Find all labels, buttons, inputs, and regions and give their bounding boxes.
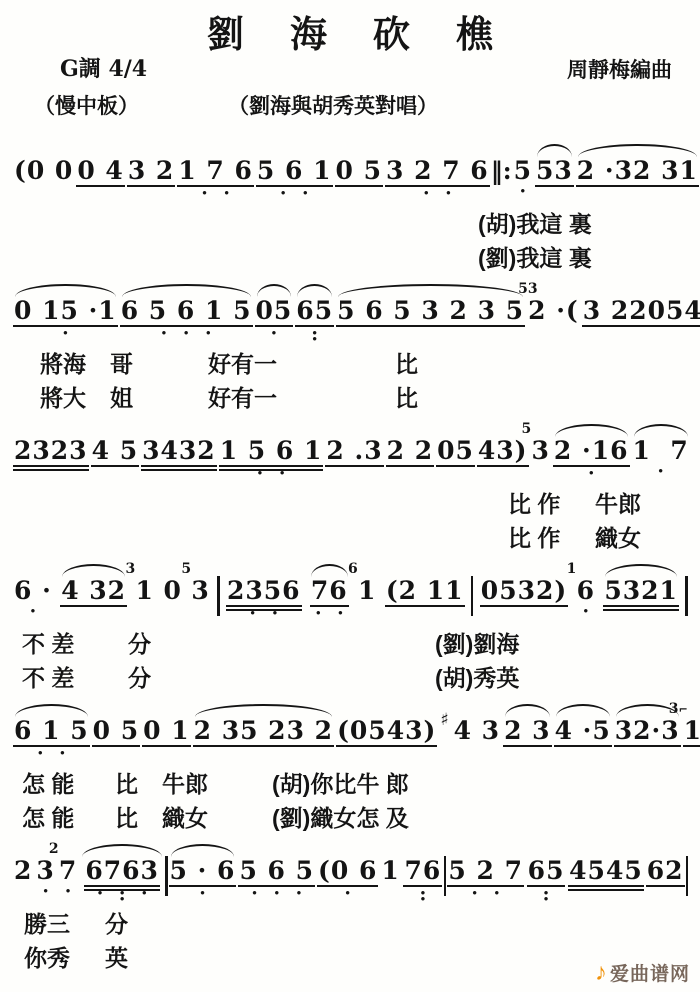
barline (217, 576, 220, 616)
lyric-text: 怎 能 (22, 800, 74, 833)
note-text: 4 ·5 (554, 716, 612, 747)
octave-dots: • • (295, 330, 334, 342)
note-text: 65 (527, 856, 566, 887)
notes-row: 23234 534321 5 6 1• •2 .32 20543)532 ·16… (10, 420, 690, 484)
note-text: 6 5 6 1 5 (120, 296, 253, 327)
lyric-row: 比 作牛郎 (10, 484, 690, 518)
note-text: 5 6 1 (256, 156, 333, 187)
note-group: 3• (35, 856, 55, 894)
note-text: 2 (13, 856, 33, 885)
octave-dots: • (169, 890, 237, 896)
note-group: 0 5 (335, 156, 384, 187)
note-text: 0 1 (142, 716, 191, 747)
note-text: 0532) (480, 576, 568, 607)
note-text: 2323 (13, 436, 89, 467)
note-group: (0 6• (317, 856, 378, 896)
lyric-text: 將大 (40, 380, 86, 413)
note-group: 0532) (480, 576, 568, 607)
lyric-text: 勝三 (24, 906, 70, 939)
watermark: ♪ 爱曲谱网 (585, 959, 690, 986)
note-group: 53 (531, 436, 551, 465)
barline (686, 856, 688, 896)
lyric-text: 哥 (110, 346, 133, 379)
note-group: 61 (357, 576, 377, 605)
music-block: 23•27•6763• • • •5 · 6•5 6 5• • •(0 6•17… (10, 840, 690, 972)
note-text: 5 (513, 156, 533, 185)
note-text: 5321 (603, 576, 679, 607)
note-group: 53 (535, 156, 574, 187)
octave-dots: • (13, 608, 53, 614)
note-text: 3 (531, 436, 551, 465)
notes-row: 23•27•6763• • • •5 · 6•5 6 5• • •(0 6•17… (10, 840, 690, 904)
note-group: 5 6 5• • • (238, 856, 315, 896)
lyric-text: 比 (395, 380, 418, 413)
note-text: (2 11 (385, 576, 465, 607)
notes-row: 0 15 ·1•6 5 6 1 5• • •05•65• •5 6 5 3 2 … (10, 280, 690, 344)
note-text: 3 2 (127, 156, 176, 187)
note-text: 62 (646, 856, 685, 887)
note-group: 2 35 23 2 (193, 716, 334, 747)
note-group: 65• • (295, 296, 334, 342)
note-text: 4 5 (91, 436, 140, 467)
note-group: 4 ·5 (554, 716, 612, 747)
octave-dots: • • • (120, 330, 253, 336)
key-signature: G調 4/4 (60, 52, 147, 83)
note-text: 1 5 6 1 (219, 436, 324, 467)
notes-row: 6 1 5• •0 50 12 35 23 2(0543)♯4 32 34 ·5… (10, 700, 690, 764)
lyric-text: 比 (115, 800, 138, 833)
note-group: 5 · 6• (169, 856, 237, 896)
note-text: 1 0 (134, 576, 183, 605)
note-text: 4 32 (60, 576, 127, 607)
octave-dots: • • (177, 190, 254, 196)
note-text: 7 (58, 856, 78, 885)
note-group: (2 11 (385, 576, 465, 607)
note-text: 0 5 (92, 716, 141, 747)
note-group: 1 ·53 (683, 716, 700, 747)
note-text: 2 3 (503, 716, 552, 747)
note-text: 6 1 5 (13, 716, 90, 747)
note-text: 5 2 7 (447, 856, 524, 887)
note-text: 0 4 (76, 156, 125, 187)
lyric-text: 姐 (110, 380, 133, 413)
note-text: 43) (477, 436, 529, 467)
note-group: 4545 (568, 856, 644, 887)
note-group: (0 0 (13, 156, 74, 185)
note-group: 5 2 7• • (447, 856, 524, 896)
note-group: 6 1 5• • (13, 716, 90, 756)
note-text: 65 (295, 296, 334, 327)
lyric-text: 不 差 (22, 660, 74, 693)
barline (165, 856, 167, 896)
note-group: 0 5 (92, 716, 141, 747)
lyric-text: 比 作 (508, 486, 560, 519)
lyric-text: 比 作 (508, 520, 560, 553)
note-group: 4 5 (91, 436, 140, 467)
octave-dots: • • • • (80, 890, 164, 902)
note-text: 0 15 ·1 (13, 296, 118, 327)
note-text: 53 (535, 156, 574, 187)
lyric-text: 牛郎 (162, 766, 208, 799)
lyric-row: 將海哥好有一比 (10, 344, 690, 378)
tempo-row: （慢中板） （劉海與胡秀英對唱） (0, 86, 700, 124)
tuplet-number: 3 (669, 701, 688, 717)
note-group: 1 (380, 856, 400, 885)
lyric-text: 分 (128, 660, 151, 693)
note-group: 2 2 (386, 436, 435, 467)
grace-note: 3 (125, 561, 135, 577)
note-group: 1 5 6 1• • (219, 436, 324, 476)
note-text: 1 7 6 (177, 156, 254, 187)
note-text: 3432 (141, 436, 217, 467)
lyric-row: 勝三分 (10, 904, 690, 938)
note-text: (0 0 (13, 156, 74, 185)
note-group: 5• (513, 156, 533, 194)
note-text: 1 (357, 576, 377, 605)
note-group: 5 6 5 3 2 3 5 (336, 296, 525, 327)
note-group: 16• (576, 576, 596, 614)
music-block: (0 00 43 21 7 6• •5 6 1• •0 53 2 7 6• •‖… (10, 140, 690, 272)
note-text: 0 5 (335, 156, 384, 187)
lyric-row: 將大姐好有一比 (10, 378, 690, 412)
note-text: 1 7 (632, 436, 690, 465)
note-group: 2 .3 (325, 436, 383, 467)
octave-dots: • • (256, 190, 333, 196)
lyric-text: 你秀 (24, 940, 70, 973)
octave-dots: • (35, 888, 55, 894)
note-text: 3 (35, 856, 55, 885)
note-group: 05• (255, 296, 294, 336)
note-text: 6763 (84, 856, 160, 887)
note-group: 32·33 (614, 716, 681, 747)
note-text: ♯ (439, 706, 450, 735)
note-text: 2356 (226, 576, 302, 607)
grace-note: 1 (567, 561, 577, 577)
note-group: 0 4 (76, 156, 125, 187)
note-text: 2 ·32 31 (576, 156, 699, 187)
lyric-text: 分 (128, 626, 151, 659)
note-text: 5 6 5 3 2 3 5 (336, 296, 525, 327)
note-text: (0543) (336, 716, 437, 747)
lyric-text: 好有一 (208, 346, 277, 379)
music-block: 6 ·•4 3231 0532356• •76• •61(2 110532)16… (10, 560, 690, 692)
note-text: 05 (255, 296, 294, 327)
note-group: 27• (58, 856, 78, 894)
lyric-text: 好有一 (208, 380, 277, 413)
note-text: 76 (403, 856, 442, 887)
octave-dots: • (255, 330, 294, 336)
note-group: 4 3 (453, 716, 502, 745)
note-group: 43) (477, 436, 529, 467)
lyric-text: (劉)我這 裏 (478, 240, 592, 273)
note-group: 3 220543 (582, 296, 700, 327)
note-text: 2 ·16 (553, 436, 630, 467)
lyric-text: 怎 能 (22, 766, 74, 799)
note-group: 6 ·• (13, 576, 53, 614)
lyric-row: 不 差分(劉)劉海 (10, 624, 690, 658)
notes-row: 6 ·•4 3231 0532356• •76• •61(2 110532)16… (10, 560, 690, 624)
note-text: 5 6 5 (238, 856, 315, 887)
header-row: G調 4/4 周靜梅編曲 (0, 52, 700, 86)
note-text: 1 (380, 856, 400, 885)
lyric-text: 比 (115, 766, 138, 799)
barline (685, 576, 688, 616)
score: (0 00 43 21 7 6• •5 6 1• •0 53 2 7 6• •‖… (0, 140, 700, 972)
note-group: 2323 (13, 436, 89, 467)
composer-credit: 周靜梅編曲 (567, 54, 672, 84)
lyric-row: 怎 能比織女(劉)織女怎 及 (10, 798, 690, 832)
octave-dots: • • (526, 890, 566, 902)
grace-note: 5 (522, 421, 532, 437)
note-group: 5 6 1• • (256, 156, 333, 196)
note-text: 2 35 23 2 (193, 716, 334, 747)
lyric-text: (胡)你比牛 郎 (272, 766, 409, 799)
note-text: (0 6 (317, 856, 378, 887)
grace-note: 5 (181, 561, 191, 577)
note-group: 1 7• (632, 436, 690, 474)
note-group: ♯ (439, 716, 450, 745)
octave-dots: • (553, 470, 630, 476)
duet-note: （劉海與胡秀英對唱） (228, 90, 438, 120)
note-group: 2 (13, 856, 33, 885)
note-group: 1 7 6• • (177, 156, 254, 196)
octave-dots: • • (309, 610, 350, 616)
note-group: 4 32 (60, 576, 127, 607)
octave-dots: • • • (238, 890, 315, 896)
note-group: 2 ·32 31 (576, 156, 699, 187)
octave-dots: • (13, 330, 118, 336)
lyric-row: 比 作織女 (10, 518, 690, 552)
note-text: 3 (190, 576, 210, 605)
lyric-text: 分 (105, 906, 128, 939)
note-group: 31 0 (134, 576, 183, 605)
lyric-row: (劉)我這 裏 (10, 238, 690, 272)
octave-dots: • (317, 890, 378, 896)
lyric-text: (劉)劉海 (435, 626, 519, 659)
octave-dots: • (576, 608, 596, 614)
octave-dots: • (58, 888, 78, 894)
barline (444, 856, 446, 896)
watermark-text: 爱曲谱网 (610, 959, 690, 986)
note-group: 3 2 7 6• • (385, 156, 490, 196)
note-text: 5 · 6 (169, 856, 237, 887)
lyric-text: (胡)我這 裏 (478, 206, 592, 239)
note-text: 4 3 (453, 716, 502, 745)
tempo-marking: （慢中板） (34, 90, 139, 120)
note-text: 76 (310, 576, 349, 607)
note-text: 3 220543 (582, 296, 700, 327)
note-text: 3 2 7 6 (385, 156, 490, 187)
note-group: 2356• • (226, 576, 302, 616)
lyric-text: 將海 (40, 346, 86, 379)
note-group: 2 ·16• (553, 436, 630, 476)
sheet-music-page: 劉海砍樵 G調 4/4 周靜梅編曲 （慢中板） （劉海與胡秀英對唱） (0 00… (0, 0, 700, 992)
note-group: 5321 (603, 576, 679, 607)
octave-dots: • • (403, 890, 443, 902)
lyric-text: (胡)秀英 (435, 660, 519, 693)
lyric-text: 織女 (162, 800, 208, 833)
music-block: 23234 534321 5 6 1• •2 .32 20543)532 ·16… (10, 420, 690, 552)
note-group: 0 15 ·1• (13, 296, 118, 336)
lyric-row: (胡)我這 裏 (10, 204, 690, 238)
barline (471, 576, 474, 616)
octave-dots: • • (13, 750, 90, 756)
note-group: 3432 (141, 436, 217, 467)
music-block: 0 15 ·1•6 5 6 1 5• • •05•65• •5 6 5 3 2 … (10, 280, 690, 412)
octave-dots: • (632, 468, 690, 474)
grace-note: 53 (518, 281, 537, 297)
note-group: (0543) (336, 716, 437, 747)
notes-row: (0 00 43 21 7 6• •5 6 1• •0 53 2 7 6• •‖… (10, 140, 690, 204)
lyric-text: 織女 (595, 520, 641, 553)
note-group: 62 (646, 856, 685, 887)
note-text: 05 (436, 436, 475, 467)
lyric-row: 不 差分(胡)秀英 (10, 658, 690, 692)
lyric-text: 比 (395, 346, 418, 379)
grace-note: 2 (49, 841, 59, 857)
lyric-row: 怎 能比牛郎(胡)你比牛 郎 (10, 764, 690, 798)
note-group: 76• • (403, 856, 443, 902)
music-note-icon: ♪ (585, 961, 607, 985)
note-text: 6 · (13, 576, 53, 605)
note-text: 1 ·53 (683, 716, 700, 747)
note-group: 76• • (309, 576, 350, 616)
note-group: 3 2 (127, 156, 176, 187)
note-group: 05 (436, 436, 475, 467)
music-block: 6 1 5• •0 50 12 35 23 2(0543)♯4 32 34 ·5… (10, 700, 690, 832)
lyric-text: 英 (105, 940, 128, 973)
note-text: 32·3 (614, 716, 681, 747)
note-text: 2 .3 (325, 436, 383, 467)
note-text: 2 2 (386, 436, 435, 467)
octave-dots: • • (447, 890, 524, 896)
note-group: 53 (190, 576, 210, 605)
grace-note: 6 (348, 561, 358, 577)
octave-dots: • (513, 188, 533, 194)
note-text: 6 (576, 576, 596, 605)
note-group: 0 1 (142, 716, 191, 747)
note-text: 2 ·( (527, 296, 580, 325)
note-group: 6763• • • • (80, 856, 164, 902)
note-group: 6 5 6 1 5• • • (120, 296, 253, 336)
lyric-text: 不 差 (22, 626, 74, 659)
octave-dots: • • (385, 190, 490, 196)
note-group: 65• • (526, 856, 566, 902)
barline: ‖: (491, 156, 512, 186)
page-title: 劉海砍樵 (0, 4, 700, 52)
lyric-text: (劉)織女怎 及 (272, 800, 409, 833)
lyric-text: 牛郎 (595, 486, 641, 519)
note-text: 4545 (568, 856, 644, 887)
note-group: 532 ·( (527, 296, 580, 325)
note-group: 2 3 (503, 716, 552, 747)
